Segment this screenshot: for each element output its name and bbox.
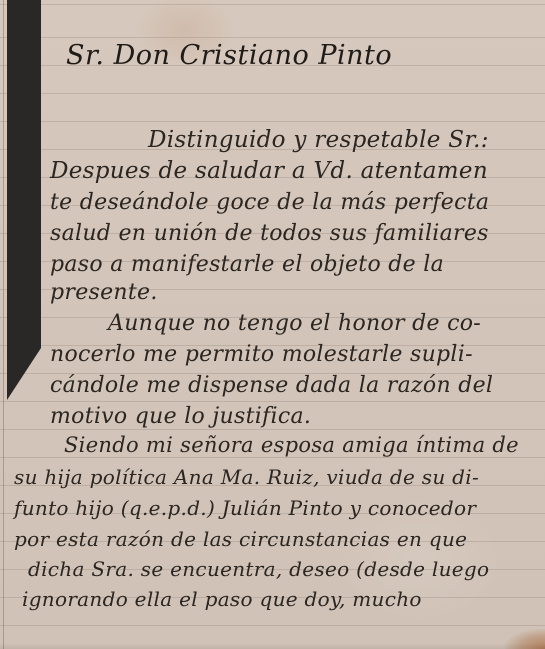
letter-page: Sr. Don Cristiano Pinto Distinguido y re… (0, 0, 545, 649)
letter-line: salud en unión de todos sus familiares (50, 221, 489, 246)
letter-line: cándole me dispense dada la razón del (50, 373, 493, 398)
letter-line: su hija política Ana Ma. Ruiz, viuda de … (14, 465, 479, 489)
page-bottom-shadow (0, 643, 545, 649)
letter-line: Siendo mi señora esposa amiga íntima de (64, 433, 519, 457)
letter-line: motivo que lo justifica. (50, 404, 311, 429)
letter-line: presente. (50, 280, 158, 305)
letter-line: paso a manifestarle el objeto de la (50, 252, 444, 277)
letter-line: nocerlo me permito molestarle supli- (50, 342, 473, 367)
letter-text: Sr. Don Cristiano Pinto Distinguido y re… (0, 0, 545, 649)
greeting: Distinguido y respetable Sr.: (148, 127, 489, 153)
letter-line: dicha Sra. se encuentra, deseo (desde lu… (28, 557, 489, 581)
addressee: Sr. Don Cristiano Pinto (66, 40, 392, 71)
letter-line: por esta razón de las circunstancias en … (14, 527, 467, 551)
letter-line: funto hijo (q.e.p.d.) Julián Pinto y con… (14, 496, 476, 520)
letter-line: ignorando ella el paso que doy, mucho (22, 587, 422, 611)
letter-line: te deseándole goce de la más perfecta (50, 190, 489, 215)
letter-line: Despues de saludar a Vd. atentamen (50, 158, 488, 184)
letter-line: Aunque no tengo el honor de co- (108, 311, 481, 336)
